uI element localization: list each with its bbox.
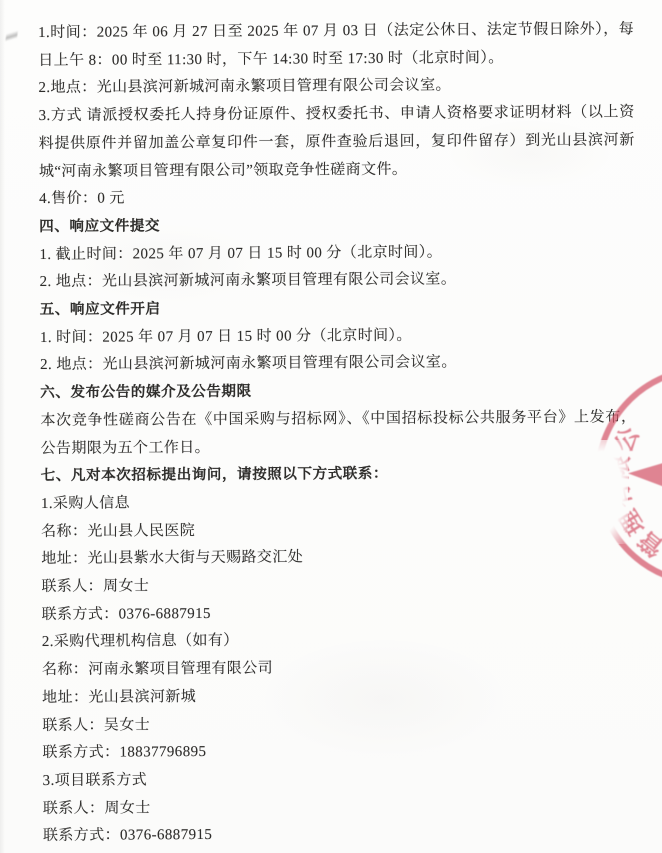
doc-line: 联系方式：0376-6887915 [43,820,639,851]
seal-ink-fade [584,440,628,544]
doc-line: 2. 地点：光山县滨河新城河南永繁项目管理有限公司会议室。 [40,349,636,380]
doc-line: 3.方式 请派授权委托人持身份证原件、授权委托书、申请人资格要求证明材料（以上资… [39,99,635,186]
section-heading: 七、凡对本次招标提出询问，请按照以下方式联系： [41,460,637,491]
doc-line: 本次竞争性磋商公告在《中国采购与招标网》、《中国招标投标公共服务平台》上发布，公… [40,404,636,463]
section-heading: 六、发布公告的媒介及公告期限 [40,376,636,407]
doc-line: 2.采购代理机构信息（如有） [42,626,638,657]
doc-line: 2. 地点：光山县滨河新城河南永繁项目管理有限公司会议室。 [40,266,636,297]
doc-line: 名称：光山县人民医院 [41,515,637,546]
doc-line: 联系人：周女士 [43,792,639,823]
doc-line: 1.采购人信息 [41,487,637,518]
doc-line: 1. 截止时间：2025 年 07 月 07 日 15 时 00 分（北京时间）… [39,238,635,269]
section-heading: 五、响应文件开启 [40,293,636,324]
document-body: 1.时间：2025 年 06 月 27 日至 2025 年 07 月 03 日（… [38,16,639,851]
doc-line: 联系方式：18837796895 [42,737,638,768]
doc-line: 3.项目联系方式 [43,764,639,795]
section-heading: 四、响应文件提交 [39,210,635,241]
doc-line: 联系方式：0376-6887915 [42,598,638,629]
doc-line: 联系人：周女士 [41,570,637,601]
scanned-document-page: { "page": { "background": "#fcfcfb", "te… [0,0,662,853]
doc-line: 1.时间：2025 年 06 月 27 日至 2025 年 07 月 03 日（… [38,16,634,75]
doc-line: 名称：河南永繁项目管理有限公司 [42,654,638,685]
doc-line: 地址：光山县滨河新城 [42,681,638,712]
doc-line: 联系人：吴女士 [42,709,638,740]
doc-line: 2.地点：光山县滨河新城河南永繁项目管理有限公司会议室。 [38,72,634,103]
doc-line: 4.售价：0 元 [39,183,635,214]
doc-line: 地址：光山县紫水大街与天赐路交汇处 [41,543,637,574]
doc-line: 1. 时间：2025 年 07 月 07 日 15 时 00 分（北京时间）。 [40,321,636,352]
